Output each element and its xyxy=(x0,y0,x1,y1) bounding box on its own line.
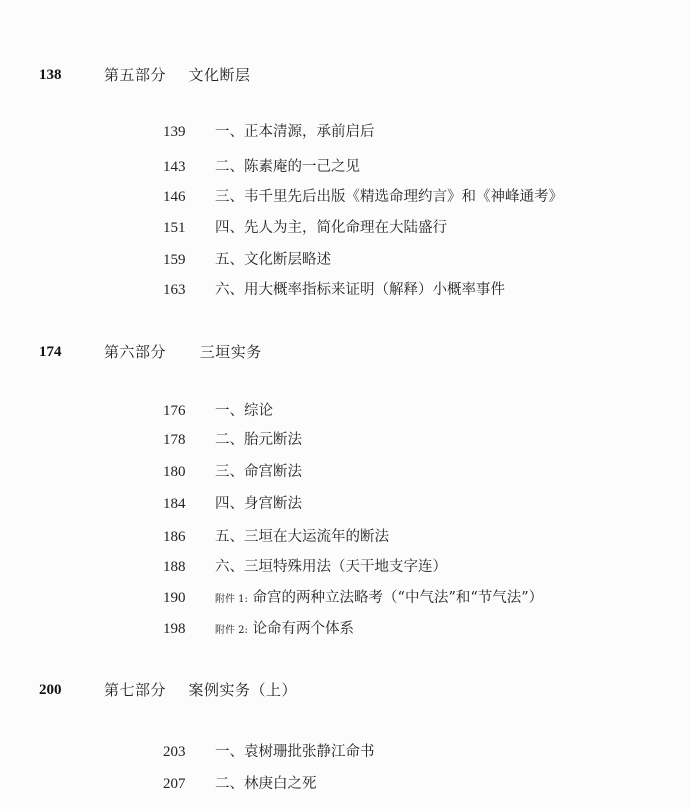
toc-entry: 186 五、三垣在大运流年的断法 xyxy=(0,525,690,549)
toc-entry: 198 附件 2: 论命有两个体系 xyxy=(0,617,690,641)
entry-title: 六、用大概率指标来证明（解释）小概率事件 xyxy=(215,278,505,302)
toc-entry: 184 四、身宫断法 xyxy=(0,492,690,516)
entry-title: 一、综论 xyxy=(215,399,273,423)
entry-title: 四、身宫断法 xyxy=(215,492,302,516)
entry-page-number: 198 xyxy=(163,617,186,641)
toc-entry: 207 二、林庚白之死 xyxy=(0,772,690,796)
toc-entry: 176 一、综论 xyxy=(0,399,690,423)
entry-title: 附件 1: 命宫的两种立法略考（“中气法”和“节气法”） xyxy=(215,586,543,612)
section-page-number: 200 xyxy=(39,678,62,702)
toc-entry: 178 二、胎元断法 xyxy=(0,428,690,452)
toc-entry: 159 五、文化断层略述 xyxy=(0,248,690,272)
entry-title: 三、韦千里先后出版《精选命理约言》和《神峰通考》 xyxy=(215,185,563,209)
entry-title: 二、林庚白之死 xyxy=(215,772,317,796)
entry-page-number: 151 xyxy=(163,216,186,240)
entry-page-number: 203 xyxy=(163,740,186,764)
entry-title: 三、命宫断法 xyxy=(215,460,302,484)
section-page-number: 174 xyxy=(39,340,62,364)
section-title: 第七部分 案例实务（上） xyxy=(104,678,297,702)
entry-title: 六、三垣特殊用法（天干地支字连） xyxy=(215,555,447,579)
entry-page-number: 146 xyxy=(163,185,186,209)
entry-page-number: 139 xyxy=(163,120,186,144)
section-title: 第六部分 三垣实务 xyxy=(104,340,262,364)
toc-entry: 143 二、陈素庵的一己之见 xyxy=(0,155,690,179)
entry-title: 二、陈素庵的一己之见 xyxy=(215,155,360,179)
section-heading: 174 第六部分 三垣实务 xyxy=(0,340,690,364)
toc-entry: 203 一、袁树珊批张静江命书 xyxy=(0,740,690,764)
entry-page-number: 188 xyxy=(163,555,186,579)
section-page-number: 138 xyxy=(39,63,62,87)
entry-title: 二、胎元断法 xyxy=(215,428,302,452)
appendix-title: 论命有两个体系 xyxy=(248,621,354,637)
appendix-prefix: 附件 1: xyxy=(215,594,248,605)
entry-title: 一、袁树珊批张静江命书 xyxy=(215,740,375,764)
entry-page-number: 163 xyxy=(163,278,186,302)
toc-entry: 139 一、正本清源，承前启后 xyxy=(0,120,690,144)
entry-title: 五、三垣在大运流年的断法 xyxy=(215,525,389,549)
entry-page-number: 190 xyxy=(163,586,186,610)
entry-title: 附件 2: 论命有两个体系 xyxy=(215,617,354,643)
entry-page-number: 178 xyxy=(163,428,186,452)
entry-title: 四、先人为主，简化命理在大陆盛行 xyxy=(215,216,447,240)
appendix-prefix: 附件 2: xyxy=(215,625,248,636)
toc-entry: 188 六、三垣特殊用法（天干地支字连） xyxy=(0,555,690,579)
entry-page-number: 207 xyxy=(163,772,186,796)
toc-entry: 146 三、韦千里先后出版《精选命理约言》和《神峰通考》 xyxy=(0,185,690,209)
entry-page-number: 180 xyxy=(163,460,186,484)
entry-page-number: 184 xyxy=(163,492,186,516)
section-heading: 200 第七部分 案例实务（上） xyxy=(0,678,690,702)
entry-title: 一、正本清源，承前启后 xyxy=(215,120,375,144)
appendix-title: 命宫的两种立法略考（“中气法”和“节气法”） xyxy=(248,590,543,606)
entry-title: 五、文化断层略述 xyxy=(215,248,331,272)
toc-entry: 151 四、先人为主，简化命理在大陆盛行 xyxy=(0,216,690,240)
section-heading: 138 第五部分 文化断层 xyxy=(0,63,690,87)
entry-page-number: 186 xyxy=(163,525,186,549)
toc-entry: 180 三、命宫断法 xyxy=(0,460,690,484)
entry-page-number: 176 xyxy=(163,399,186,423)
section-title: 第五部分 文化断层 xyxy=(104,63,251,87)
toc-entry: 163 六、用大概率指标来证明（解释）小概率事件 xyxy=(0,278,690,302)
toc-entry: 190 附件 1: 命宫的两种立法略考（“中气法”和“节气法”） xyxy=(0,586,690,610)
entry-page-number: 143 xyxy=(163,155,186,179)
entry-page-number: 159 xyxy=(163,248,186,272)
